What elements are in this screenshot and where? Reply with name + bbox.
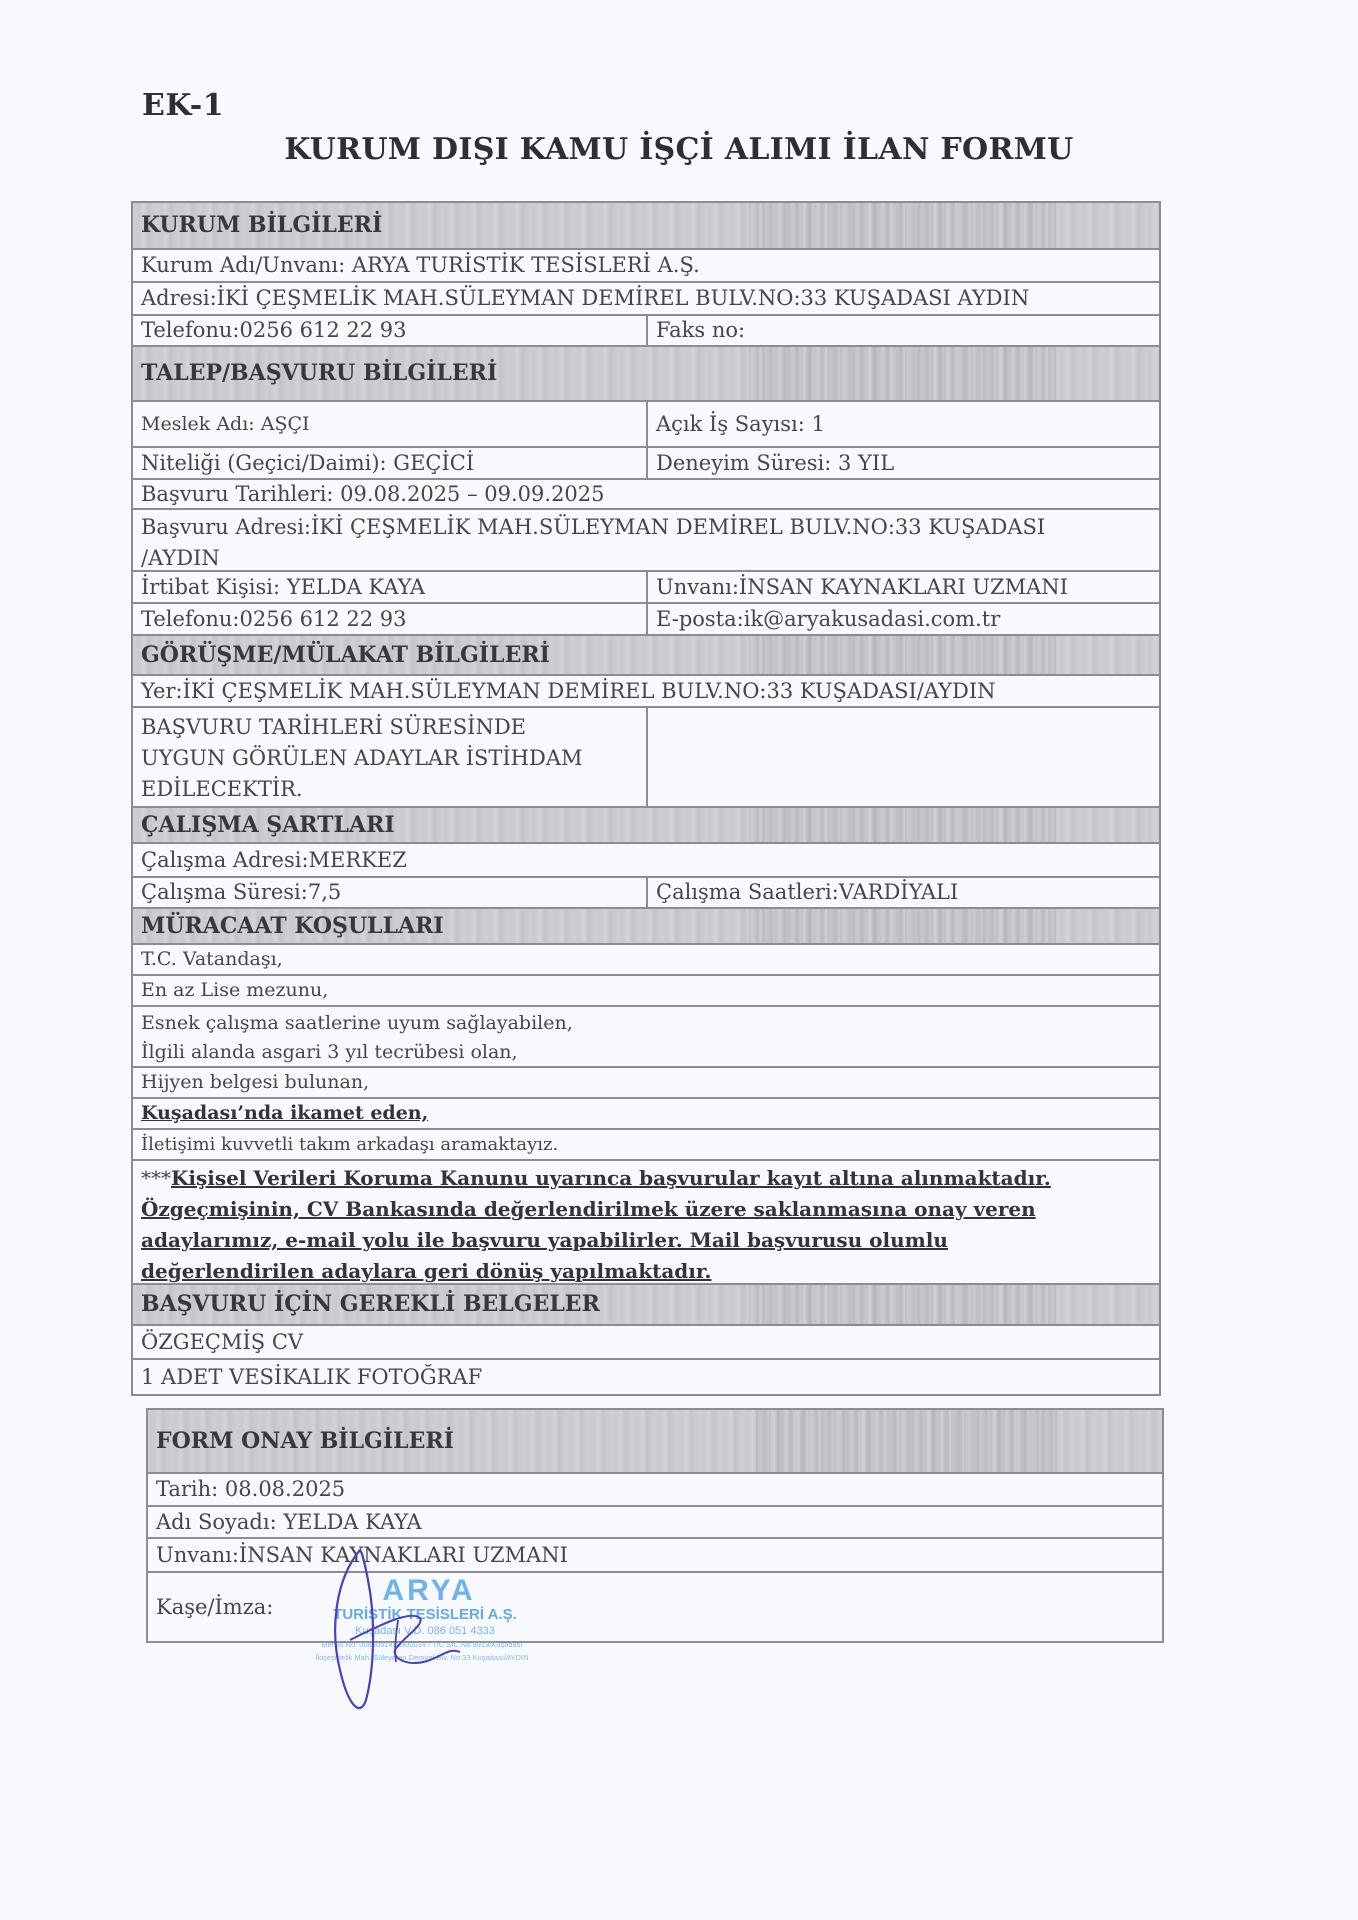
row-kurum-telefon: Telefonu:0256 612 22 93 Faks no:	[133, 316, 1159, 347]
row-onay-imza: Kaşe/İmza:	[148, 1573, 1162, 1641]
section-title: ÇALIŞMA ŞARTLARI	[133, 808, 1159, 842]
section-header-gorusme: GÖRÜŞME/MÜLAKAT BİLGİLERİ	[133, 636, 1159, 676]
row-irtibat: İrtibat Kişisi: YELDA KAYA Unvanı:İNSAN …	[133, 572, 1159, 604]
work-hours: Çalışma Saatleri:VARDİYALI	[648, 878, 1159, 907]
kvkk-line: adaylarımız, e-mail yolu ile başvuru yap…	[141, 1225, 1151, 1256]
interview-note-line2: UYGUN GÖRÜLEN ADAYLAR İSTİHDAM	[141, 743, 638, 774]
row-calisma-adres: Çalışma Adresi:MERKEZ	[133, 844, 1159, 878]
kvkk-line: değerlendirilen adaylara geri dönüş yapı…	[141, 1256, 1151, 1283]
application-address-line1: Başvuru Adresi:İKİ ÇEŞMELİK MAH.SÜLEYMAN…	[141, 512, 1151, 543]
row-basvuru-tarihleri: Başvuru Tarihleri: 09.08.2025 – 09.09.20…	[133, 480, 1159, 510]
required-document: 1 ADET VESİKALIK FOTOĞRAF	[133, 1360, 1159, 1394]
section-title: TALEP/BAŞVURU BİLGİLERİ	[133, 347, 1159, 400]
row-calisma-sure: Çalışma Süresi:7,5 Çalışma Saatleri:VARD…	[133, 878, 1159, 909]
institution-fax: Faks no:	[648, 316, 1159, 345]
contact-person: İrtibat Kişisi: YELDA KAYA	[133, 572, 648, 602]
requirement-item: Hijyen belgesi bulunan,	[133, 1068, 1159, 1097]
announcement-form-table: KURUM BİLGİLERİ Kurum Adı/Unvanı: ARYA T…	[131, 201, 1161, 1396]
section-header-onay: FORM ONAY BİLGİLERİ	[148, 1410, 1162, 1474]
row-onay-tarih: Tarih: 08.08.2025	[148, 1474, 1162, 1507]
row-kvkk-notice: ***Kişisel Verileri Koruma Kanunu uyarın…	[133, 1161, 1159, 1285]
requirement-item-emphasis: Kuşadası’nda ikamet eden,	[133, 1099, 1159, 1128]
section-header-belgeler: BAŞVURU İÇİN GEREKLİ BELGELER	[133, 1285, 1159, 1326]
occupation-name: Meslek Adı: AŞÇI	[133, 402, 648, 446]
requirement-item: T.C. Vatandaşı,	[133, 945, 1159, 974]
kvkk-line: Kişisel Verileri Koruma Kanunu uyarınca …	[171, 1166, 1051, 1190]
interview-note-line3: EDİLECEKTİR.	[141, 774, 638, 805]
application-address: Başvuru Adresi:İKİ ÇEŞMELİK MAH.SÜLEYMAN…	[133, 510, 1159, 570]
approver-name: Adı Soyadı: YELDA KAYA	[148, 1507, 1162, 1537]
application-address-line2: /AYDIN	[141, 543, 1151, 570]
experience-duration: Deneyim Süresi: 3 YIL	[648, 448, 1159, 478]
section-header-muracaat: MÜRACAAT KOŞULLARI	[133, 909, 1159, 945]
approval-date: Tarih: 08.08.2025	[148, 1474, 1162, 1505]
requirement-item: İlgili alanda asgari 3 yıl tecrübesi ola…	[141, 1038, 1151, 1066]
work-duration: Çalışma Süresi:7,5	[133, 878, 648, 907]
contact-email[interactable]: E-posta:ik@aryakusadasi.com.tr	[648, 604, 1159, 634]
interview-location: Yer:İKİ ÇEŞMELİK MAH.SÜLEYMAN DEMİREL BU…	[133, 676, 1159, 706]
kvkk-line: Özgeçmişinin, CV Bankasında değerlendiri…	[141, 1194, 1151, 1225]
requirement-row: Kuşadası’nda ikamet eden,	[133, 1099, 1159, 1130]
requirement-item: En az Lise mezunu,	[133, 976, 1159, 1005]
open-positions: Açık İş Sayısı: 1	[648, 402, 1159, 446]
row-gorusme-not: BAŞVURU TARİHLERİ SÜRESİNDE UYGUN GÖRÜLE…	[133, 708, 1159, 808]
row-meslek: Meslek Adı: AŞÇI Açık İş Sayısı: 1	[133, 402, 1159, 448]
requirement-row: Hijyen belgesi bulunan,	[133, 1068, 1159, 1099]
row-onay-unvan: Unvanı:İNSAN KAYNAKLARI UZMANI	[148, 1539, 1162, 1573]
row-nitelik: Niteliği (Geçici/Daimi): GEÇİCİ Deneyim …	[133, 448, 1159, 480]
requirement-row: T.C. Vatandaşı,	[133, 945, 1159, 976]
institution-name: Kurum Adı/Unvanı: ARYA TURİSTİK TESİSLER…	[133, 250, 1159, 281]
institution-phone: Telefonu:0256 612 22 93	[133, 316, 648, 345]
institution-address: Adresi:İKİ ÇEŞMELİK MAH.SÜLEYMAN DEMİREL…	[133, 283, 1159, 314]
application-dates: Başvuru Tarihleri: 09.08.2025 – 09.09.20…	[133, 480, 1159, 508]
kvkk-prefix: ***	[141, 1166, 171, 1190]
contact-title: Unvanı:İNSAN KAYNAKLARI UZMANI	[648, 572, 1159, 602]
requirement-item: Esnek çalışma saatlerine uyum sağlayabil…	[141, 1009, 1151, 1038]
stamp-signature-label: Kaşe/İmza:	[148, 1573, 1162, 1641]
work-address: Çalışma Adresi:MERKEZ	[133, 844, 1159, 876]
section-title: KURUM BİLGİLERİ	[133, 203, 1159, 248]
required-document: ÖZGEÇMİŞ CV	[133, 1326, 1159, 1358]
approval-table: FORM ONAY BİLGİLERİ Tarih: 08.08.2025 Ad…	[146, 1408, 1164, 1643]
section-title: FORM ONAY BİLGİLERİ	[148, 1410, 1162, 1472]
row-basvuru-adresi: Başvuru Adresi:İKİ ÇEŞMELİK MAH.SÜLEYMAN…	[133, 510, 1159, 572]
stamp-address: İkiçeşmelik Mah. Süleyman Demirel Blv. N…	[274, 1651, 570, 1664]
document-row: 1 ADET VESİKALIK FOTOĞRAF	[133, 1360, 1159, 1394]
annex-label: EK-1	[142, 88, 224, 123]
section-title: MÜRACAAT KOŞULLARI	[133, 909, 1159, 943]
kvkk-notice: ***Kişisel Verileri Koruma Kanunu uyarın…	[133, 1161, 1159, 1283]
requirement-item-group: Esnek çalışma saatlerine uyum sağlayabil…	[133, 1007, 1159, 1066]
row-iletisim: Telefonu:0256 612 22 93 E-posta:ik@aryak…	[133, 604, 1159, 636]
row-kurum-adres: Adresi:İKİ ÇEŞMELİK MAH.SÜLEYMAN DEMİREL…	[133, 283, 1159, 316]
approver-title: Unvanı:İNSAN KAYNAKLARI UZMANI	[148, 1539, 1162, 1571]
requirement-row: En az Lise mezunu,	[133, 976, 1159, 1007]
requirement-row: Esnek çalışma saatlerine uyum sağlayabil…	[133, 1007, 1159, 1068]
interview-empty-cell	[648, 708, 1159, 806]
position-type: Niteliği (Geçici/Daimi): GEÇİCİ	[133, 448, 648, 478]
section-title: BAŞVURU İÇİN GEREKLİ BELGELER	[133, 1285, 1159, 1324]
section-title: GÖRÜŞME/MÜLAKAT BİLGİLERİ	[133, 636, 1159, 674]
row-onay-ad: Adı Soyadı: YELDA KAYA	[148, 1507, 1162, 1539]
requirement-item: İletişimi kuvvetli takım arkadaşı aramak…	[133, 1130, 1159, 1159]
interview-note-line1: BAŞVURU TARİHLERİ SÜRESİNDE	[141, 712, 638, 743]
row-kurum-adi: Kurum Adı/Unvanı: ARYA TURİSTİK TESİSLER…	[133, 250, 1159, 283]
row-gorusme-yer: Yer:İKİ ÇEŞMELİK MAH.SÜLEYMAN DEMİREL BU…	[133, 676, 1159, 708]
page-title: KURUM DIŞI KAMU İŞÇİ ALIMI İLAN FORMU	[0, 132, 1358, 167]
section-header-talep: TALEP/BAŞVURU BİLGİLERİ	[133, 347, 1159, 402]
section-header-kurum: KURUM BİLGİLERİ	[133, 203, 1159, 250]
contact-phone: Telefonu:0256 612 22 93	[133, 604, 648, 634]
document-row: ÖZGEÇMİŞ CV	[133, 1326, 1159, 1360]
requirement-row: İletişimi kuvvetli takım arkadaşı aramak…	[133, 1130, 1159, 1161]
section-header-calisma: ÇALIŞMA ŞARTLARI	[133, 808, 1159, 844]
interview-note: BAŞVURU TARİHLERİ SÜRESİNDE UYGUN GÖRÜLE…	[133, 708, 648, 806]
